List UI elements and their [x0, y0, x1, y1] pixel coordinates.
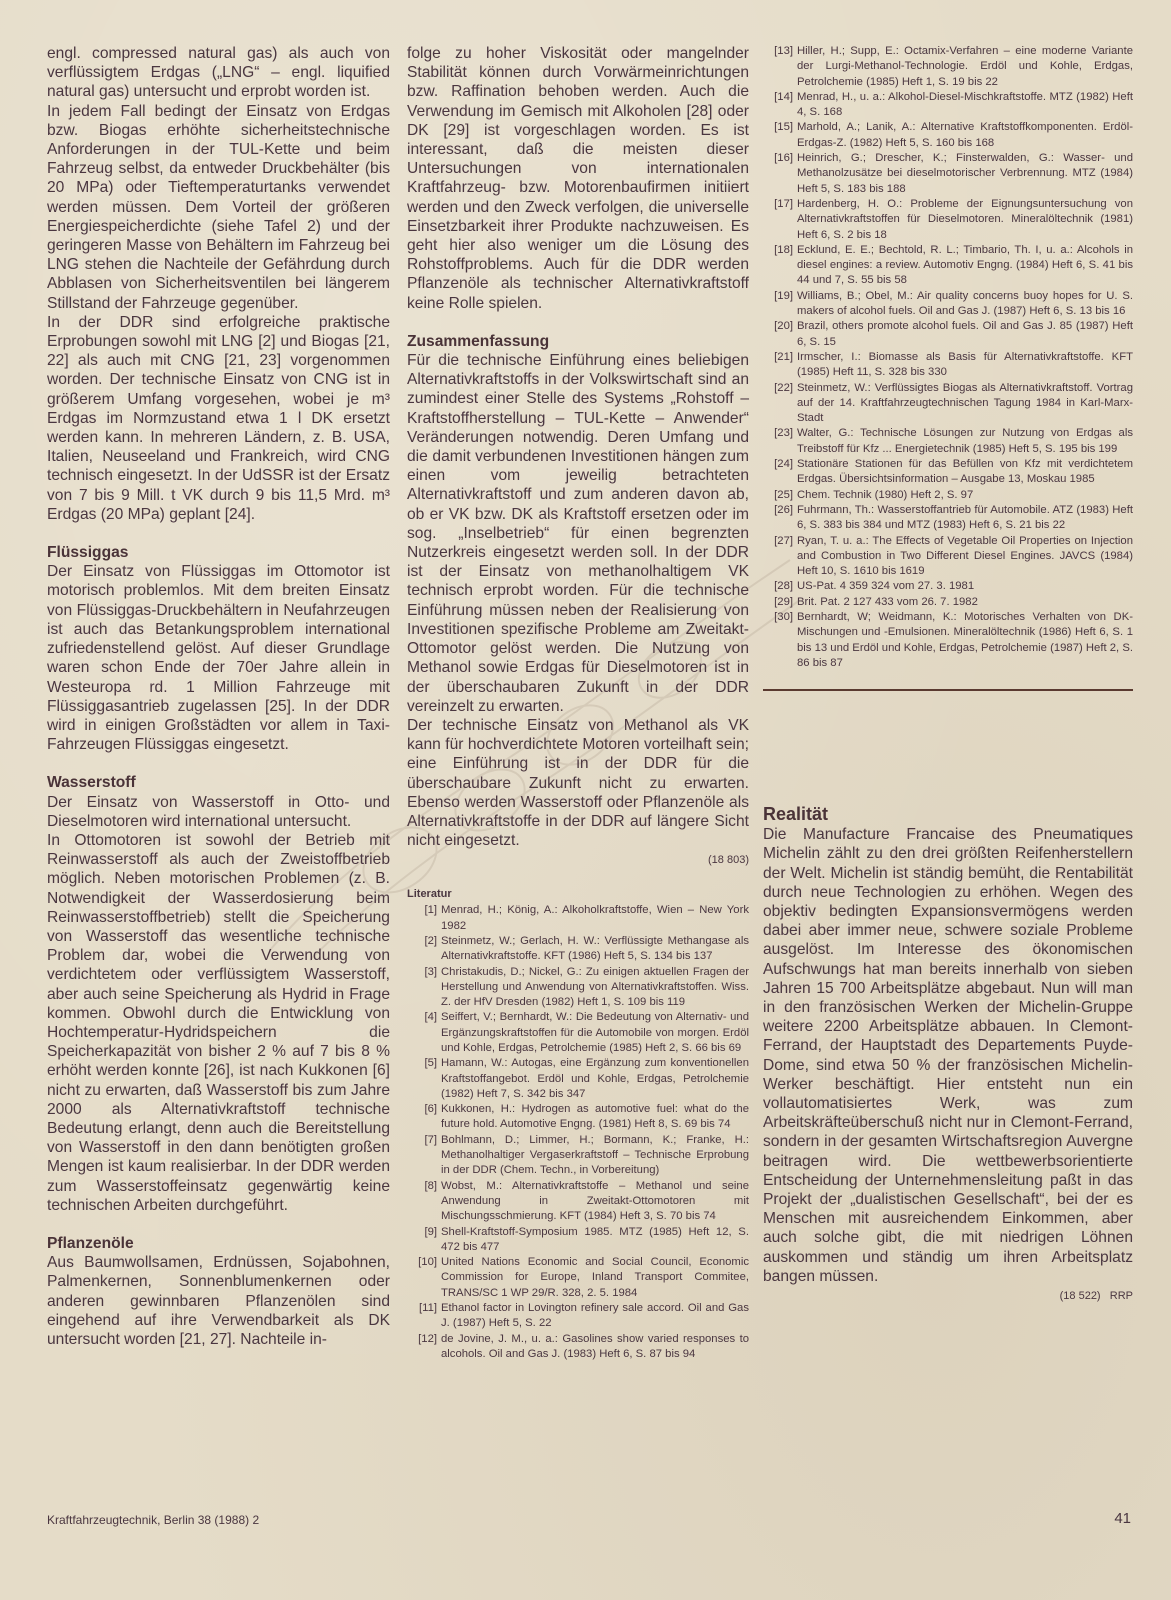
reference-item: [1]Menrad, H.; König, A.: Alkoholkraftst… [407, 903, 749, 934]
paragraph: In jedem Fall bedingt der Einsatz von Er… [47, 102, 390, 313]
paragraph: In der DDR sind erfolgreiche praktische … [47, 313, 390, 524]
reference-item: [27]Ryan, T. u. a.: The Effects of Veget… [763, 534, 1133, 580]
realitaet-heading: Realität [763, 803, 1133, 825]
reference-item: [7]Bohlmann, D.; Limmer, H.; Bormann, K.… [407, 1133, 749, 1179]
paragraph: Der technische Einsatz von Methanol als … [407, 716, 749, 850]
reference-item: [19]Williams, B.; Obel, M.: Air quality … [763, 289, 1133, 320]
reference-item: [12]de Jovine, J. M., u. a.: Gasolines s… [407, 1332, 749, 1363]
column-middle: folge zu hoher Viskosität oder mangelnde… [407, 44, 749, 1362]
reference-item: [5]Hamann, W.: Autogas, eine Ergänzung z… [407, 1056, 749, 1102]
reference-item: [23]Walter, G.: Technische Lösungen zur … [763, 426, 1133, 457]
reference-item: [15]Marhold, A.; Lanik, A.: Alternative … [763, 120, 1133, 151]
reference-item: [21]Irmscher, I.: Biomasse als Basis für… [763, 350, 1133, 381]
reference-item: [2]Steinmetz, W.; Gerlach, H. W.: Verflü… [407, 934, 749, 965]
column-right: [13]Hiller, H.; Supp, E.: Octamix-Verfah… [763, 44, 1133, 1304]
page-number: 41 [1114, 1510, 1131, 1527]
section-heading-pflanzenoele: Pflanzenöle [47, 1234, 390, 1253]
paragraph: Der Einsatz von Flüssiggas im Ottomotor … [47, 562, 390, 754]
reference-item: [20]Brazil, others promote alcohol fuels… [763, 319, 1133, 350]
reference-item: [3]Christakudis, D.; Nickel, G.: Zu eini… [407, 965, 749, 1011]
article-code: (18 803) [407, 853, 749, 868]
reference-item: [24]Stationäre Stationen für das Befülle… [763, 457, 1133, 488]
paragraph: folge zu hoher Viskosität oder mangelnde… [407, 44, 749, 313]
section-heading-zusammenfassung: Zusammenfassung [407, 332, 749, 351]
paragraph: In Ottomotoren ist sowohl der Betrieb mi… [47, 831, 390, 1215]
reference-item: [8]Wobst, M.: Alternativkraftstoffe – Me… [407, 1179, 749, 1225]
reference-item: [14]Menrad, H., u. a.: Alkohol-Diesel-Mi… [763, 90, 1133, 121]
paragraph: Aus Baumwollsamen, Erdnüssen, Sojabohnen… [47, 1253, 390, 1349]
reference-list-continued: [13]Hiller, H.; Supp, E.: Octamix-Verfah… [763, 44, 1133, 671]
paragraph: Für die technische Einführung eines beli… [407, 351, 749, 716]
references-heading: Literatur [407, 887, 749, 901]
section-heading-wasserstoff: Wasserstoff [47, 773, 390, 792]
reference-item: [9]Shell-Kraftstoff-Symposium 1985. MTZ … [407, 1225, 749, 1256]
reference-item: [4]Seiffert, V.; Bernhardt, W.: Die Bede… [407, 1010, 749, 1056]
column-left: engl. compressed natural gas) als auch v… [47, 44, 390, 1349]
reference-item: [13]Hiller, H.; Supp, E.: Octamix-Verfah… [763, 44, 1133, 90]
reference-item: [11]Ethanol factor in Lovington refinery… [407, 1301, 749, 1332]
reference-list: [1]Menrad, H.; König, A.: Alkoholkraftst… [407, 903, 749, 1362]
reference-item: [16]Heinrich, G.; Drescher, K.; Finsterw… [763, 151, 1133, 197]
journal-footer: Kraftfahrzeugtechnik, Berlin 38 (1988) 2 [47, 1513, 259, 1527]
reference-item: [17]Hardenberg, H. O.: Probleme der Eign… [763, 197, 1133, 243]
paragraph: Der Einsatz von Wasserstoff in Otto- und… [47, 793, 390, 831]
section-heading-fluessiggas: Flüssiggas [47, 543, 390, 562]
reference-item: [30]Bernhardt, W; Weidmann, K.: Motorisc… [763, 610, 1133, 671]
reference-item: [29]Brit. Pat. 2 127 433 vom 26. 7. 1982 [763, 595, 1133, 610]
paragraph: engl. compressed natural gas) als auch v… [47, 44, 390, 102]
reference-item: [25]Chem. Technik (1980) Heft 2, S. 97 [763, 488, 1133, 503]
realitaet-body: Die Manufacture Francaise des Pneumatiqu… [763, 825, 1133, 1286]
reference-item: [6]Kukkonen, H.: Hydrogen as automotive … [407, 1102, 749, 1133]
reference-item: [10]United Nations Economic and Social C… [407, 1255, 749, 1301]
reference-item: [28]US-Pat. 4 359 324 vom 27. 3. 1981 [763, 579, 1133, 594]
reference-item: [18]Ecklund, E. E.; Bechtold, R. L.; Tim… [763, 243, 1133, 289]
magazine-page: engl. compressed natural gas) als auch v… [0, 0, 1171, 1600]
article-code: (18 522) RRP [763, 1289, 1133, 1304]
reference-item: [22]Steinmetz, W.: Verflüssigtes Biogas … [763, 381, 1133, 427]
reference-item: [26]Fuhrmann, Th.: Wasserstoffantrieb fü… [763, 503, 1133, 534]
